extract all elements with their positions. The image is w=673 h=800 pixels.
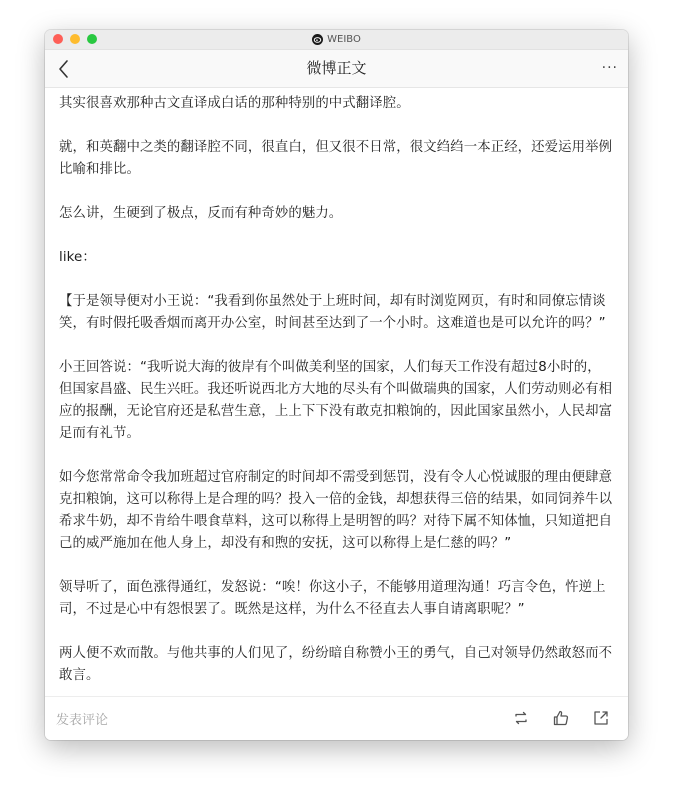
page-title: 微博正文 [45, 50, 628, 87]
nav-bar: 微博正文 ··· [45, 50, 628, 88]
more-options-button[interactable]: ··· [602, 59, 618, 77]
post-paragraph: 其实很喜欢那种古文直译成白话的那种特别的中式翻译腔。 [59, 93, 614, 115]
post-paragraph: 如今您常常命令我加班超过官府制定的时间却不需受到惩罚，没有令人心悦诚服的理由便肆… [59, 467, 614, 555]
post-paragraph: 就，和英翻中之类的翻译腔不同，很直白，但又很不日常，很文绉绉一本正经，还爱运用举… [59, 137, 614, 181]
post-body: 其实很喜欢那种古文直译成白话的那种特别的中式翻译腔。 就，和英翻中之类的翻译腔不… [45, 87, 628, 697]
comment-input[interactable]: 发表评论 [56, 709, 108, 728]
title-bar: WEIBO [45, 30, 628, 50]
post-paragraph: 领导听了，面色涨得通红，发怒说：“唉！你这小子，不能够用道理沟通！巧言令色，忤逆… [59, 577, 614, 621]
post-paragraph: 两人便不欢而散。与他共事的人们见了，纷纷暗自称赞小王的勇气，自己对领导仍然敢怒而… [59, 643, 614, 687]
post-paragraph: 怎么讲，生硬到了极点，反而有种奇妙的魅力。 [59, 203, 614, 225]
post-footer: 发表评论 [45, 696, 628, 740]
repost-button[interactable] [512, 709, 530, 727]
share-button[interactable] [592, 709, 610, 727]
post-paragraph: like： [59, 247, 614, 269]
post-paragraph: 小王回答说：“我听说大海的彼岸有个叫做美利坚的国家，人们每天工作没有超过8小时的… [59, 357, 614, 445]
weibo-window: WEIBO 微博正文 ··· 其实很喜欢那种古文直译成白话的那种特别的中式翻译腔… [45, 30, 628, 740]
like-button[interactable] [552, 709, 570, 727]
thumbs-up-icon [552, 709, 570, 727]
weibo-logo-icon [312, 34, 323, 45]
share-icon [592, 709, 610, 727]
app-title-text: WEIBO [327, 32, 361, 47]
post-actions [512, 709, 610, 727]
repost-icon [512, 709, 530, 727]
post-paragraph: 【于是领导便对小王说：“我看到你虽然处于上班时间，却有时浏览网页，有时和同僚忘情… [59, 291, 614, 335]
app-title: WEIBO [45, 32, 628, 47]
